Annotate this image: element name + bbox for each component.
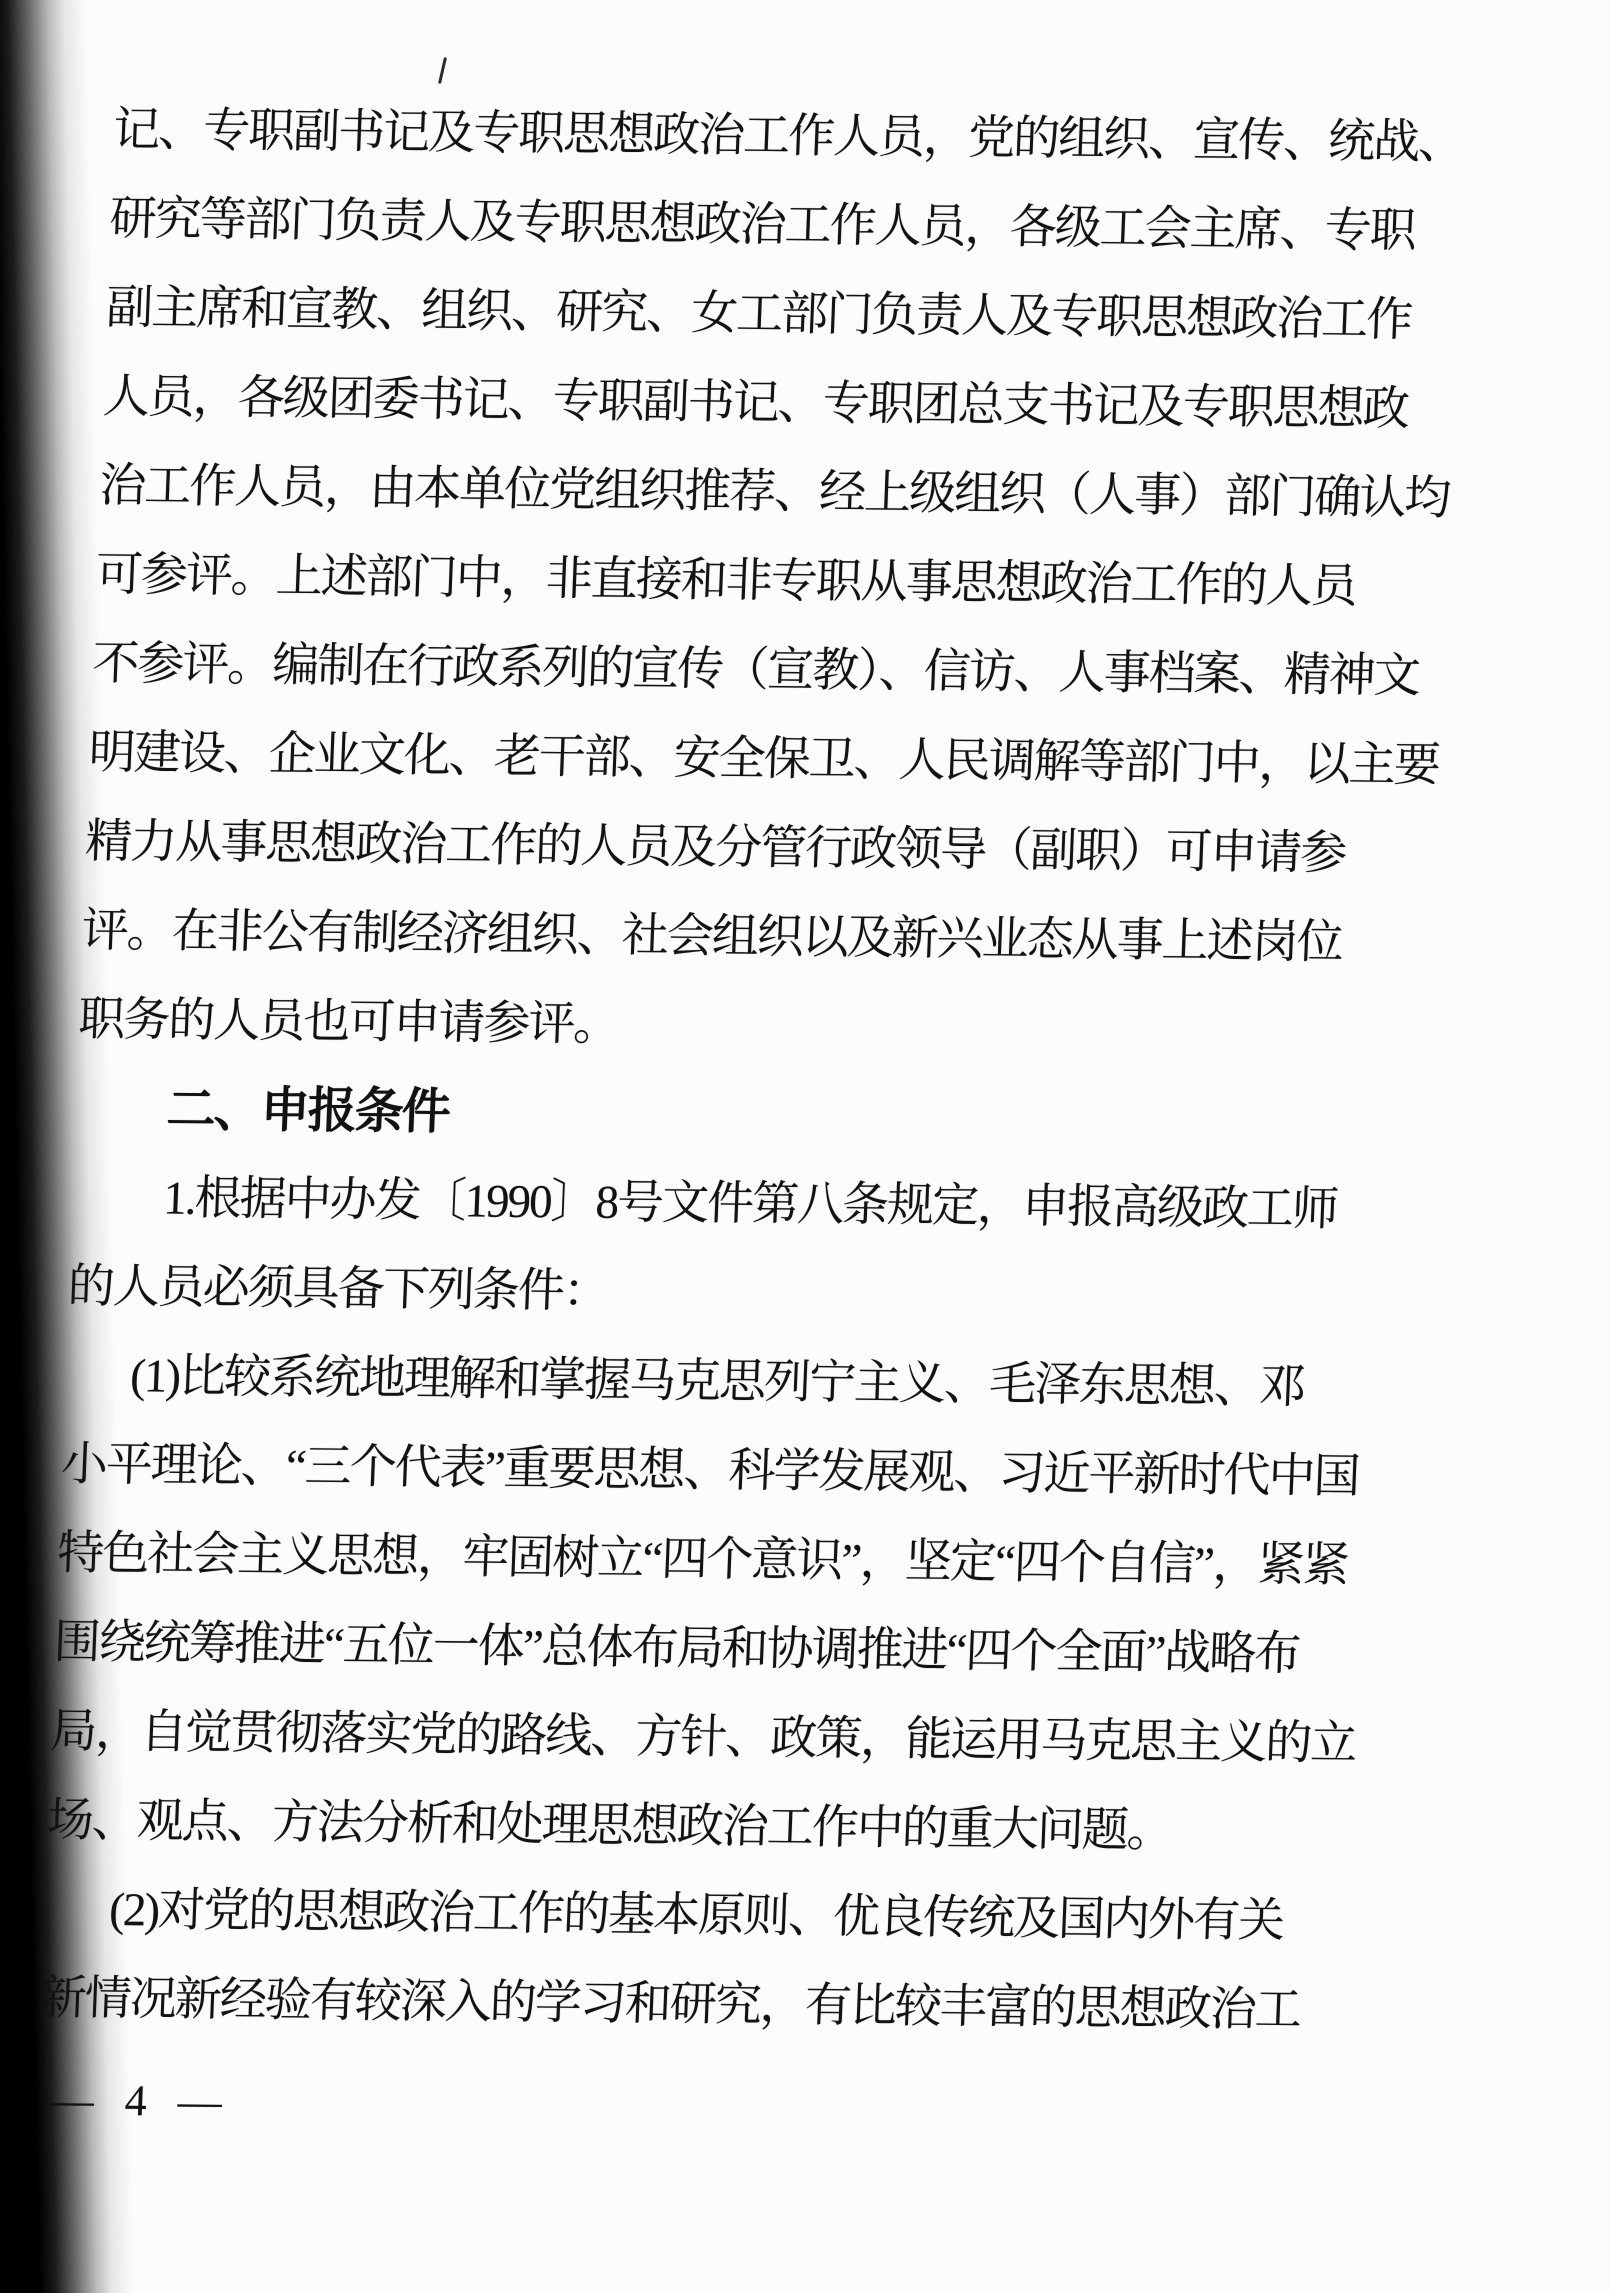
- body-line: 人员，各级团委书记、专职副书记、专职团总支书记及专职思想政: [101, 353, 1504, 455]
- document-body: 记、专职副书记及专职思想政治工作人员，党的组织、宣传、统战、 研究等部门负责人及…: [34, 86, 1515, 2158]
- body-line: 副主席和宣教、组织、研究、女工部门负责人及专职思想政治工作: [105, 264, 1508, 366]
- stray-pen-mark: [438, 57, 447, 84]
- section-heading: 二、申报条件: [73, 1065, 1476, 1167]
- scanned-page: 记、专职副书记及专职思想政治工作人员，党的组织、宣传、统战、 研究等部门负责人及…: [0, 0, 1610, 2293]
- body-line: (1)比较系统地理解和掌握马克思列宁主义、毛泽东思想、邓: [63, 1332, 1466, 1434]
- body-line: 不参评。编制在行政系列的宣传（宣教）、信访、人事档案、精神文: [91, 620, 1494, 722]
- body-line: 可参评。上述部门中，非直接和非专职从事思想政治工作的人员: [94, 531, 1497, 633]
- body-line: 小平理论、“三个代表”重要思想、科学发展观、习近平新时代中国: [59, 1421, 1462, 1523]
- body-line: 新情况新经验有较深入的学习和研究，有比较丰富的思想政治工: [38, 1954, 1441, 2056]
- body-line: 场、观点、方法分析和处理思想政治工作中的重大问题。: [45, 1776, 1448, 1878]
- body-line: 治工作人员，由本单位党组织推荐、经上级组织（人事）部门确认均: [98, 442, 1501, 544]
- body-line: 特色社会主义思想，牢固树立“四个意识”，坚定“四个自信”，紧紧: [56, 1510, 1459, 1612]
- body-line: 局，自觉贯彻落实党的路线、方针、政策，能运用马克思主义的立: [49, 1687, 1452, 1789]
- body-line: 围绕统筹推进“五位一体”总体布局和协调推进“四个全面”战略布: [52, 1598, 1455, 1700]
- body-line: 记、专职副书记及专职思想政治工作人员，党的组织、宣传、统战、: [112, 86, 1515, 188]
- body-line: 职务的人员也可申请参评。: [77, 976, 1480, 1078]
- body-line: (2)对党的思想政治工作的基本原则、优良传统及国内外有关: [42, 1865, 1445, 1967]
- body-line: 的人员必须具备下列条件：: [66, 1243, 1469, 1345]
- body-line: 评。在非公有制经济组织、社会组织以及新兴业态从事上述岗位: [80, 887, 1483, 989]
- body-line: 1.根据中办发〔1990〕8号文件第八条规定，申报高级政工师: [70, 1154, 1473, 1256]
- body-line: 研究等部门负责人及专职思想政治工作人员，各级工会主席、专职: [108, 175, 1511, 277]
- page-number: — 4 —: [34, 2055, 1437, 2157]
- body-line: 明建设、企业文化、老干部、安全保卫、人民调解等部门中，以主要: [87, 709, 1490, 811]
- body-line: 精力从事思想政治工作的人员及分管行政领导（副职）可申请参: [84, 798, 1487, 900]
